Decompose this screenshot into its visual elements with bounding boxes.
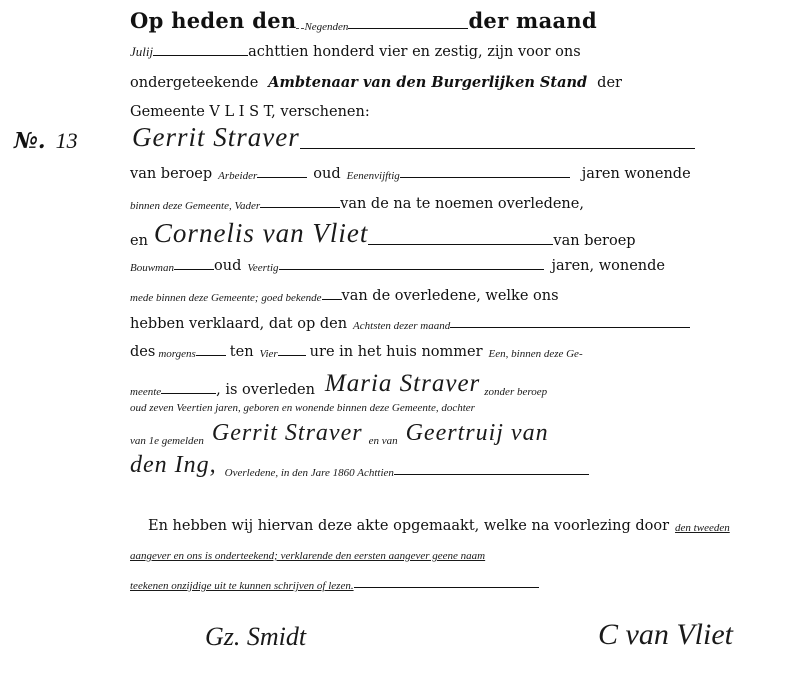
jaren-wonende-label: jaren wonende	[582, 166, 691, 182]
month-handwritten: Julij	[130, 44, 153, 60]
ure-label: ure in het huis nommer	[310, 344, 483, 360]
van-beroep-label-2: van beroep	[553, 233, 635, 249]
fill-line	[348, 27, 468, 29]
fill-line	[161, 392, 216, 394]
date-of-death: Achtsten dezer maand	[353, 320, 450, 332]
header-line-4: Gemeente V L I S T, verschenen:	[130, 104, 370, 120]
der-maand: der maand	[468, 8, 597, 33]
declarant-2-occupation-line: Bouwman oud Veertig jaren, wonende	[130, 258, 665, 274]
parents-line: van 1e gemelden Gerrit Straver en van Ge…	[130, 420, 549, 447]
fill-line	[368, 243, 553, 245]
oud-label: oud	[313, 166, 340, 182]
declarant-2-residence-line: mede binnen deze Gemeente; goed bekende …	[130, 288, 559, 304]
relation-label-2: van de overledene, welke ons	[342, 288, 559, 304]
closing-handwritten-3: teekenen onzijdige uit te kunnen schrijv…	[130, 580, 354, 592]
closing-line: En hebben wij hiervan deze akte opgemaak…	[148, 518, 730, 534]
declarant-1-line: Gerrit Straver	[132, 122, 695, 153]
declarant-2-line: en Cornelis van Vliet van beroep	[130, 218, 636, 249]
declarant-1-occupation-line: van beroep Arbeider oud Eenenvijftig jar…	[130, 166, 691, 182]
fill-line	[257, 176, 307, 178]
declarant-2-occupation: Bouwman	[130, 262, 174, 274]
declarant-1-occupation: Arbeider	[218, 170, 257, 182]
parents-suffix: Overledene, in den Jare 1860 Achttien	[225, 467, 394, 479]
deceased-line: meente , is overleden Maria Straver zond…	[130, 370, 547, 398]
declarant-2-age: Veertig	[247, 262, 278, 274]
declarant-2-residence: mede binnen deze Gemeente; goed bekende	[130, 292, 322, 304]
declarant-1-name: Gerrit Straver	[132, 122, 300, 153]
header-line-3: ondergeteekende Ambtenaar van den Burger…	[130, 74, 622, 91]
deceased-name: Maria Straver	[325, 370, 480, 398]
signature-official-line: Gz. Smidt	[205, 622, 306, 652]
closing-line-3: teekenen onzijdige uit te kunnen schrijv…	[130, 580, 539, 592]
deceased-details-1: zonder beroep	[484, 386, 547, 398]
record-number: №.13	[14, 128, 78, 154]
house-number: Een, binnen deze Ge-	[489, 348, 583, 360]
parents-prefix: van 1e gemelden	[130, 435, 204, 447]
ondergeteekende: ondergeteekende	[130, 75, 258, 91]
time-line: des morgens ten Vier ure in het huis nom…	[130, 344, 583, 360]
relation-label: van de na te noemen overledene,	[340, 196, 584, 212]
year-text: achttien honderd vier en zestig, zijn vo…	[248, 44, 581, 60]
signature-declarant-line: C van Vliet	[598, 618, 733, 652]
signature-declarant: C van Vliet	[598, 618, 733, 652]
fill-line	[394, 473, 589, 475]
closing-handwritten-1: den tweeden	[675, 522, 730, 534]
record-number-label: №.	[14, 128, 46, 154]
jaren-wonende-label-2: jaren, wonende	[552, 258, 665, 274]
en-label: en	[130, 233, 148, 249]
header-line-1: Op heden den Negenden der maand	[130, 8, 597, 33]
closing-handwritten-2: aangever en ons is onderteekend; verklar…	[130, 550, 485, 562]
fill-line	[450, 326, 690, 328]
fill-line	[260, 206, 340, 208]
fill-line	[196, 354, 226, 356]
fill-line	[400, 176, 570, 178]
closing-printed: En hebben wij hiervan deze akte opgemaak…	[148, 518, 669, 534]
death-record-page: Op heden den Negenden der maand Julij ac…	[0, 0, 800, 674]
header-line-2: Julij achttien honderd vier en zestig, z…	[130, 44, 581, 60]
declarant-1-residence: binnen deze Gemeente, Vader	[130, 200, 260, 212]
van-beroep-label: van beroep	[130, 166, 212, 182]
mother-name-cont: den Ing,	[130, 452, 217, 479]
en-van-label: en van	[369, 435, 398, 447]
father-name: Gerrit Straver	[212, 420, 363, 447]
deceased-details-line: oud zeven Veertien jaren, geboren en won…	[130, 402, 475, 414]
closing-line-2: aangever en ons is onderteekend; verklar…	[130, 550, 485, 562]
part-of-day: morgens	[158, 348, 195, 360]
fill-line	[279, 268, 544, 270]
oud-label-2: oud	[214, 258, 241, 274]
declarant-2-name: Cornelis van Vliet	[154, 218, 368, 249]
is-overleden-label: , is overleden	[216, 382, 315, 398]
fill-line	[322, 298, 342, 300]
record-number-value: 13	[56, 128, 78, 153]
fill-line	[278, 354, 306, 356]
declarant-1-age: Eenenvijftig	[347, 170, 400, 182]
op-heden-den: Op heden den	[130, 8, 296, 33]
declarant-1-residence-line: binnen deze Gemeente, Vader van de na te…	[130, 196, 584, 212]
ten-label: ten	[230, 344, 254, 360]
der-label: der	[597, 75, 622, 91]
day-handwritten: Negenden	[304, 21, 348, 33]
des-label: des	[130, 344, 155, 360]
parents-cont-line: den Ing, Overledene, in den Jare 1860 Ac…	[130, 452, 589, 479]
deceased-details-2: oud zeven Veertien jaren, geboren en won…	[130, 402, 475, 414]
hour: Vier	[260, 348, 278, 360]
signature-official: Gz. Smidt	[205, 622, 306, 652]
fill-line	[300, 147, 695, 149]
house-number-cont: meente	[130, 386, 161, 398]
ambtenaar-title: Ambtenaar van den Burgerlijken Stand	[268, 74, 587, 91]
gemeente-label: Gemeente V L I S T, verschenen:	[130, 104, 370, 120]
fill-line	[153, 54, 248, 56]
mother-name: Geertruij van	[406, 420, 549, 447]
verklaard-label: hebben verklaard, dat op den	[130, 316, 347, 332]
declaration-line: hebben verklaard, dat op den Achtsten de…	[130, 316, 690, 332]
fill-line	[174, 268, 214, 270]
fill-line	[354, 586, 539, 588]
